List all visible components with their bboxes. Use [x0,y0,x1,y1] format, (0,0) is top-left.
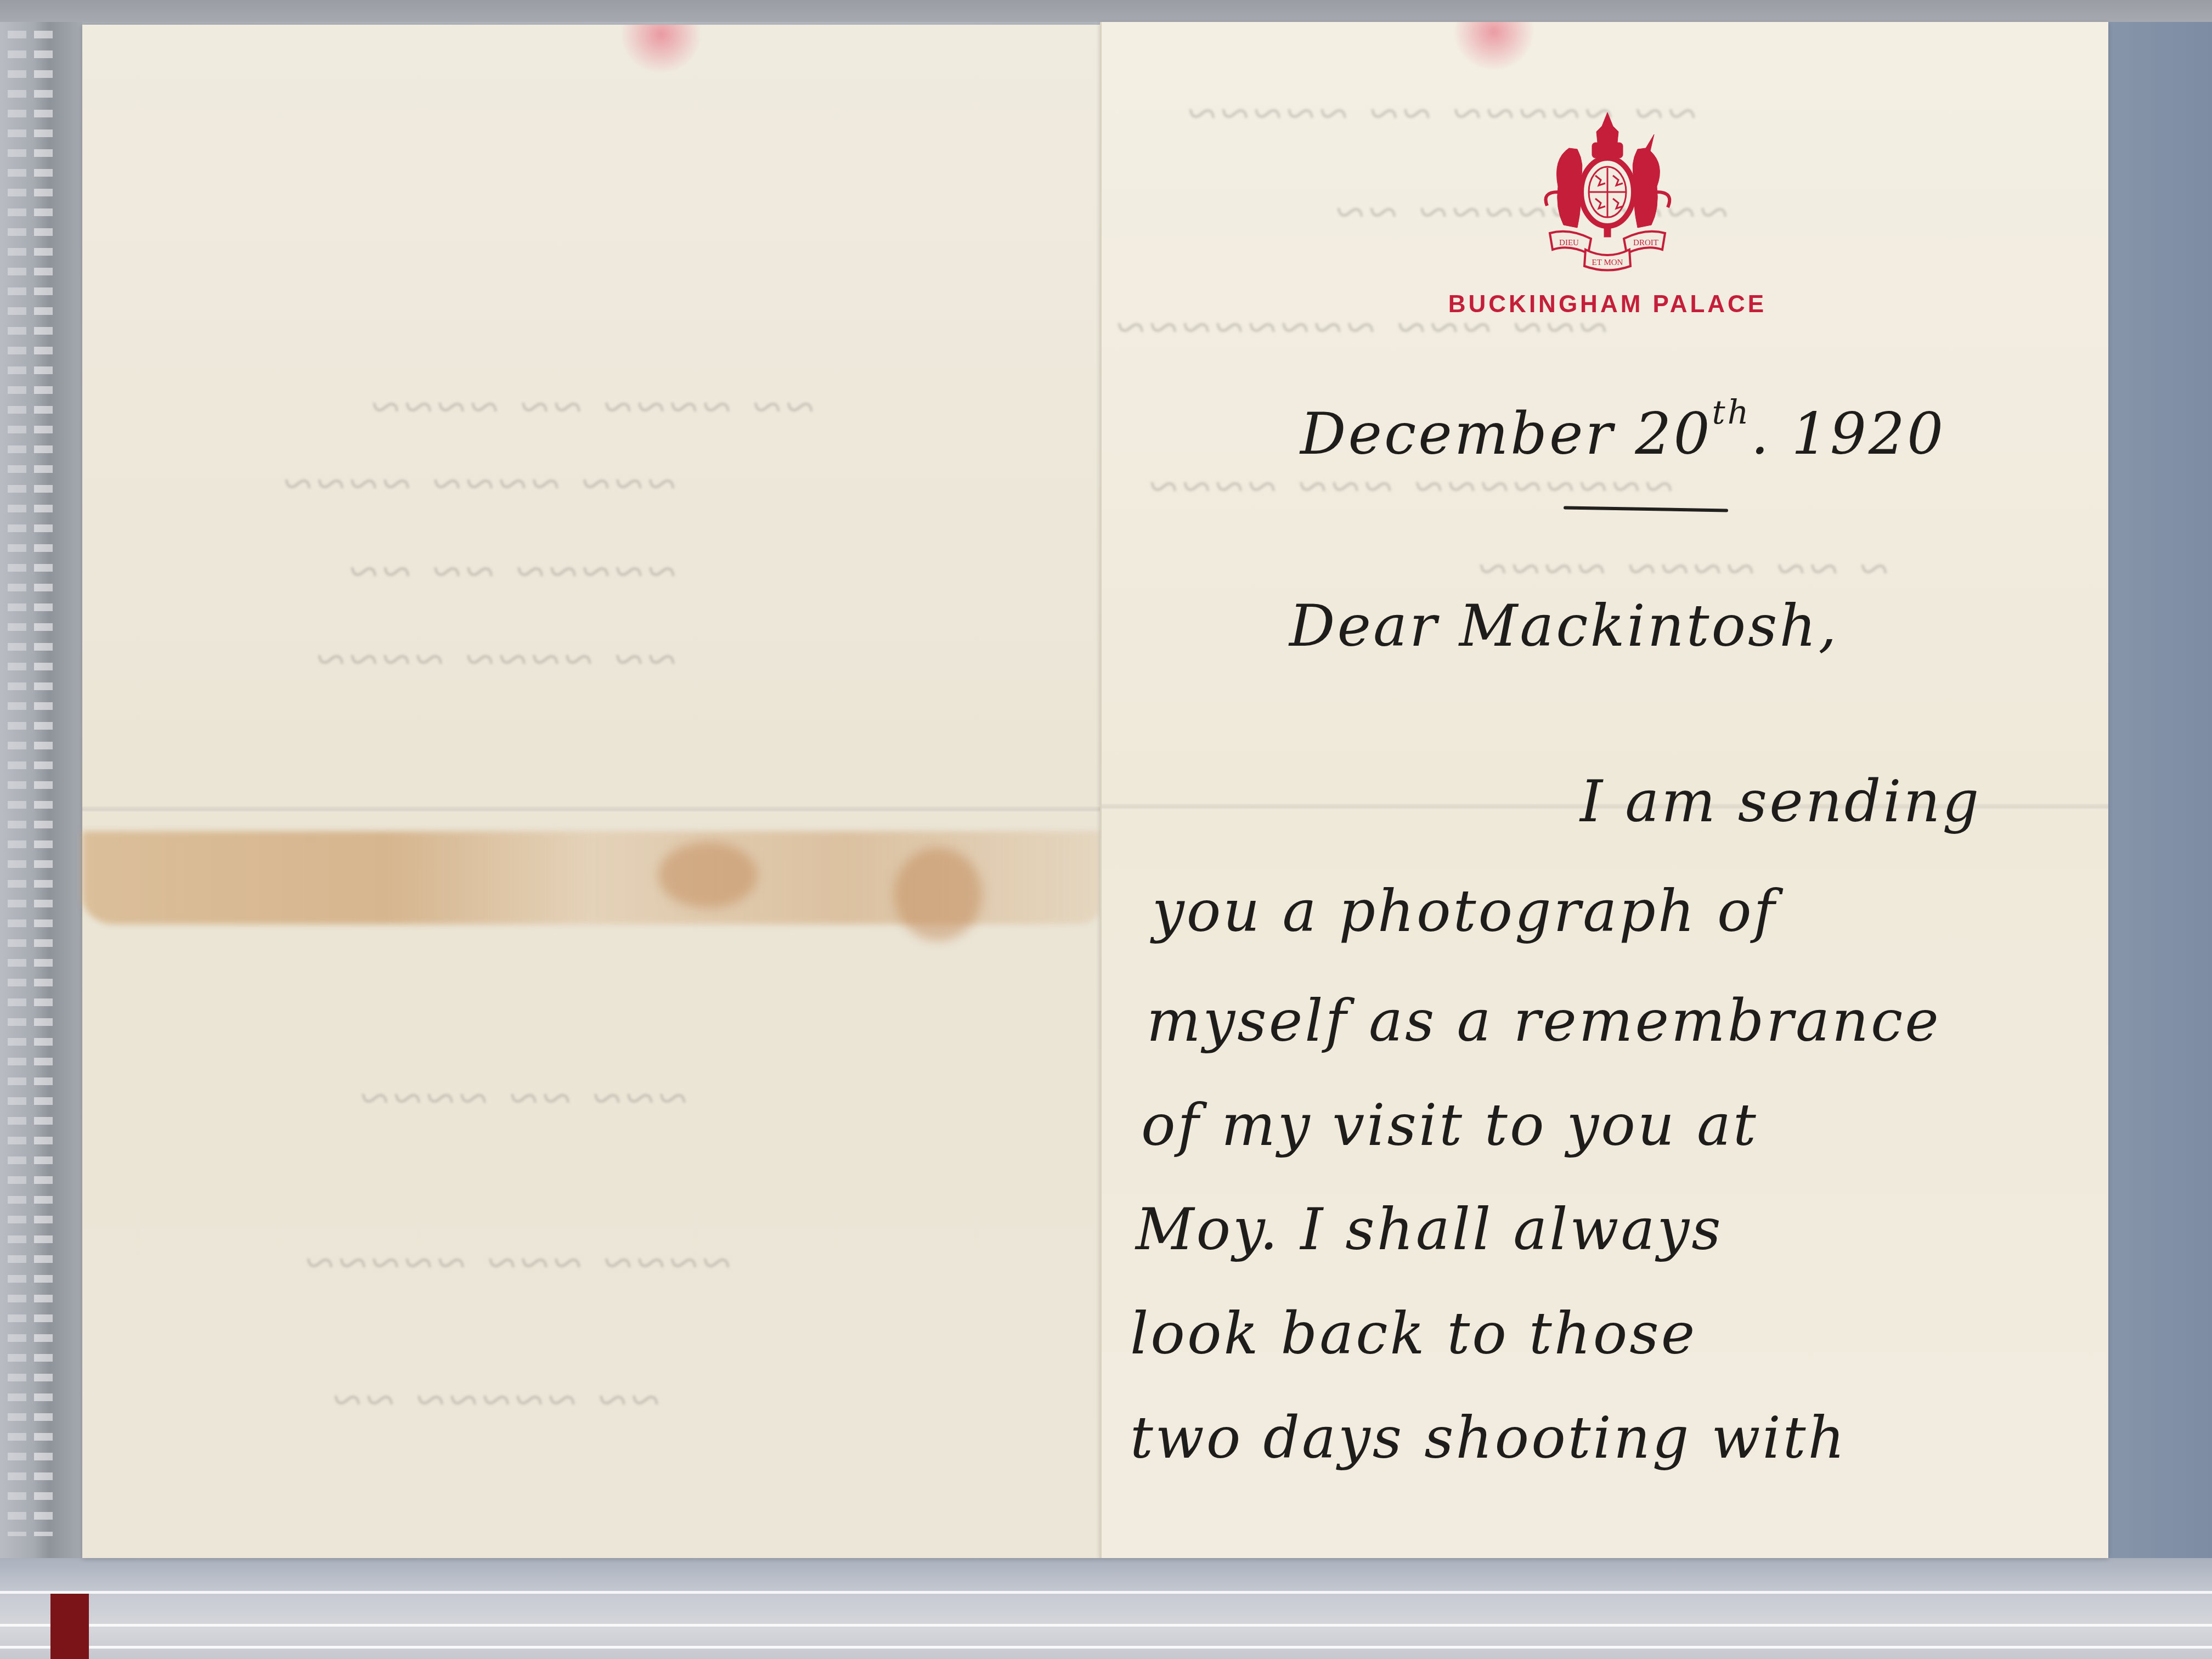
water-stain-spot [658,842,757,908]
show-through-writing: ~~~~ ~~~ ~~~~~ [302,1232,731,1293]
date-year: . 1920 [1751,400,1945,467]
letter-body-line: I am sending [1580,768,1981,835]
letter-body-line: Moy. I shall always [1136,1196,1723,1263]
letter-body-line: two days shooting with [1130,1404,1847,1471]
svg-text:DIEU: DIEU [1559,239,1579,247]
fold-crease [82,806,1100,813]
letter-body-line: of my visit to you at [1141,1092,1758,1159]
show-through-writing: ~~~~~ ~~ ~~ [346,540,676,601]
red-ribbon-bookmark [50,1594,89,1659]
sleeve-top-edge [0,0,2212,22]
show-through-writing: ~ ~~ ~~~~ ~~~~ [1475,538,1889,599]
svg-text:DROIT: DROIT [1633,239,1658,247]
letter-body-line: myself as a remembrance [1147,988,1941,1054]
date-month-day: December 20 [1300,400,1712,467]
letter-body-line: you a photograph of [1152,878,1777,945]
letter-date: December 20th. 1920 [1300,400,1945,467]
pink-adhesive-mark [1453,22,1535,71]
binder-sleeve-edge [0,0,82,1659]
letter-left-page: ~~ ~~~~ ~~ ~~~~ ~~~ ~~~~ ~~~~ ~~~~~ ~~ ~… [82,25,1100,1558]
letter-salutation: Dear Mackintosh, [1289,592,1839,659]
pink-adhesive-mark [620,25,702,74]
sleeve-seam-line [0,1591,2212,1594]
sleeve-seam-line [0,1624,2212,1627]
letterhead-title: BUCKINGHAM PALACE [1426,291,1788,318]
letter-body-line: look back to those [1130,1300,1697,1367]
sleeve-perforations-outer [8,11,26,1536]
show-through-writing: ~~ ~~~~ ~~~~ [313,628,676,689]
sleeve-seam-line [0,1646,2212,1649]
royal-coat-of-arms-icon: DIEU ET MON DROIT [1531,110,1684,274]
sleeve-bottom-edge [0,1558,2212,1659]
show-through-writing: ~~ ~~~~ ~~ ~~~~ [368,376,815,437]
sleeve-perforations [34,11,53,1536]
date-suffix: th [1712,393,1751,432]
show-through-writing: ~~~ ~~~~ ~~~~ [280,453,676,513]
show-through-writing: ~~~ ~~ ~~~~ [357,1067,687,1128]
svg-text:ET MON: ET MON [1592,258,1623,267]
show-through-writing: ~~ ~~~~~ ~~ [329,1369,660,1430]
water-stain-spot [894,848,982,941]
